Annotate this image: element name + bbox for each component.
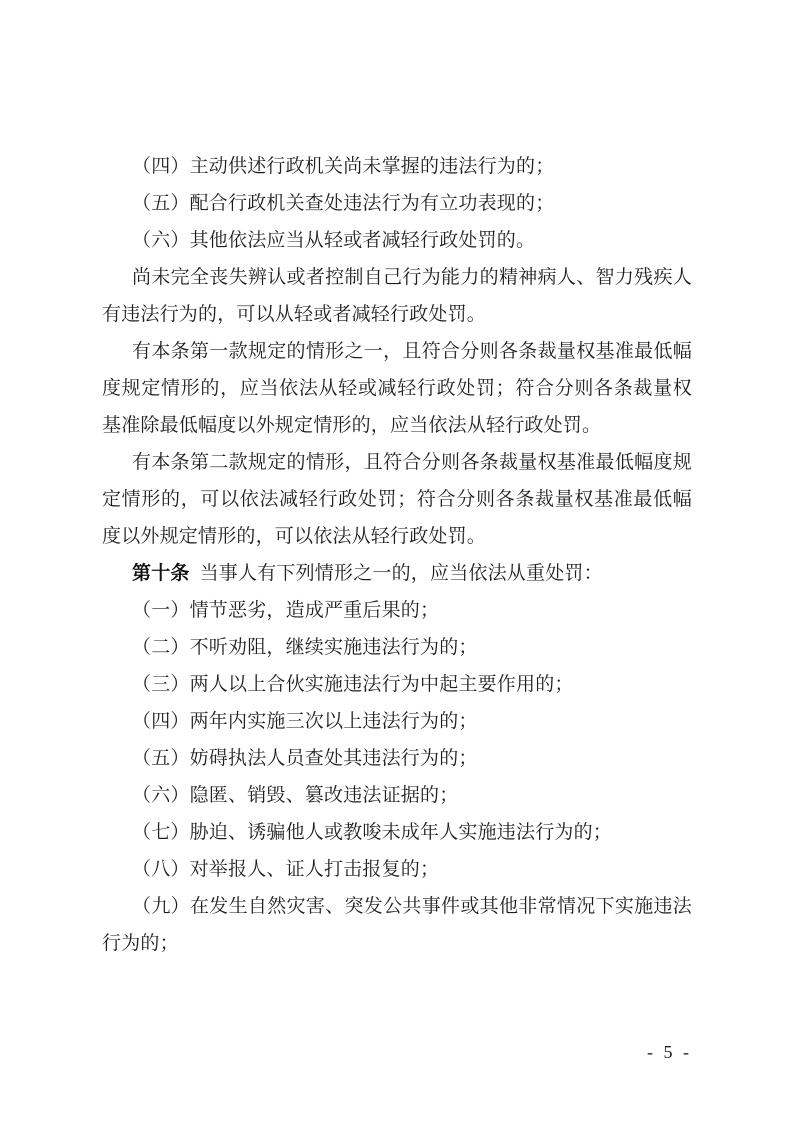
paragraph-mental-capacity: 尚未完全丧失辨认或者控制自己行为能力的精神病人、智力残疾人有违法行为的，可以从轻…	[102, 259, 692, 333]
list-item-heavier-2: （二）不听劝阻，继续实施违法行为的；	[102, 629, 692, 666]
document-body: （四）主动供述行政机关尚未掌握的违法行为的； （五）配合行政机关查处违法行为有立…	[102, 148, 692, 962]
list-item-lighter-4: （四）主动供述行政机关尚未掌握的违法行为的；	[102, 148, 692, 185]
page-number: - 5 -	[647, 1040, 692, 1064]
list-item-lighter-5: （五）配合行政机关查处违法行为有立功表现的；	[102, 185, 692, 222]
list-item-heavier-9: （九）在发生自然灾害、突发公共事件或其他非常情况下实施违法行为的；	[102, 888, 692, 962]
list-item-heavier-7: （七）胁迫、诱骗他人或教唆未成年人实施违法行为的；	[102, 814, 692, 851]
list-item-heavier-3: （三）两人以上合伙实施违法行为中起主要作用的；	[102, 666, 692, 703]
list-item-heavier-4: （四）两年内实施三次以上违法行为的；	[102, 703, 692, 740]
list-item-heavier-8: （八）对举报人、证人打击报复的；	[102, 851, 692, 888]
list-item-heavier-5: （五）妨碍执法人员查处其违法行为的；	[102, 740, 692, 777]
list-item-heavier-1: （一）情节恶劣，造成严重后果的；	[102, 592, 692, 629]
article-number: 第十条	[132, 563, 190, 584]
document-page: （四）主动供述行政机关尚未掌握的违法行为的； （五）配合行政机关查处违法行为有立…	[0, 0, 793, 1122]
paragraph-clause2-rule: 有本条第二款规定的情形，且符合分则各条裁量权基准最低幅度规定情形的，可以依法减轻…	[102, 444, 692, 555]
list-item-heavier-6: （六）隐匿、销毁、篡改违法证据的；	[102, 777, 692, 814]
list-item-lighter-6: （六）其他依法应当从轻或者减轻行政处罚的。	[102, 222, 692, 259]
paragraph-clause1-rule: 有本条第一款规定的情形之一，且符合分则各条裁量权基准最低幅度规定情形的，应当依法…	[102, 333, 692, 444]
article-lead-text: 当事人有下列情形之一的，应当依法从重处罚：	[200, 563, 603, 584]
article-10-heading: 第十条当事人有下列情形之一的，应当依法从重处罚：	[102, 555, 692, 592]
